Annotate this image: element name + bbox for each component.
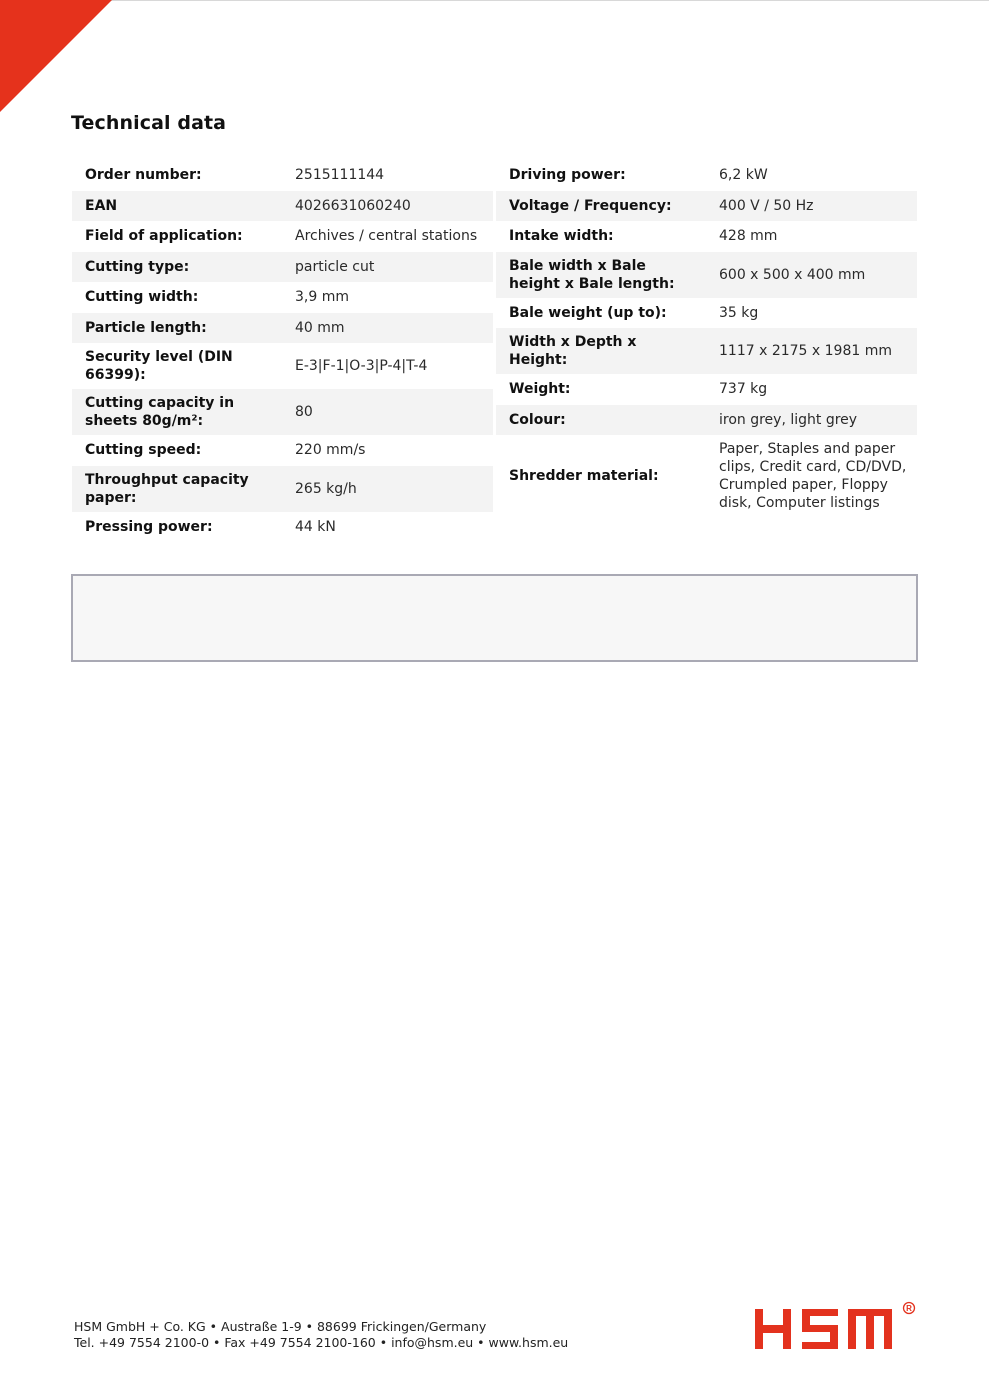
spec-label: Pressing power:: [72, 518, 282, 536]
spec-value: 265 kg/h: [282, 480, 493, 498]
spec-value: 35 kg: [706, 304, 917, 322]
spec-value: 40 mm: [282, 319, 493, 337]
spec-label: Driving power:: [496, 166, 706, 184]
footer-address: HSM GmbH + Co. KG • Austraße 1-9 • 88699…: [74, 1319, 568, 1335]
corner-accent-triangle: [0, 0, 112, 112]
spec-row: Cutting width:3,9 mm: [72, 282, 493, 313]
spec-row: EAN4026631060240: [72, 191, 493, 222]
spec-value: 428 mm: [706, 227, 917, 245]
spec-row: Shredder material:Paper, Staples and pap…: [496, 435, 917, 517]
spec-row: Particle length:40 mm: [72, 313, 493, 344]
page-title: Technical data: [71, 112, 226, 134]
spec-label: Voltage / Frequency:: [496, 197, 706, 215]
spec-value: E-3|F-1|O-3|P-4|T-4: [282, 357, 493, 375]
spec-row: Cutting speed:220 mm/s: [72, 435, 493, 466]
spec-value: 600 x 500 x 400 mm: [706, 266, 917, 284]
spec-row: Bale width x Bale height x Bale length:6…: [496, 252, 917, 298]
notes-box: [71, 574, 918, 662]
spec-row: Bale weight (up to):35 kg: [496, 298, 917, 329]
spec-table-left: Order number:2515111144 EAN4026631060240…: [72, 160, 493, 542]
spec-label: Weight:: [496, 380, 706, 398]
spec-value: particle cut: [282, 258, 493, 276]
spec-row: Intake width:428 mm: [496, 221, 917, 252]
spec-value: 6,2 kW: [706, 166, 917, 184]
spec-label: Field of application:: [72, 227, 282, 245]
spec-row: Weight:737 kg: [496, 374, 917, 405]
spec-value: 80: [282, 403, 493, 421]
spec-value: Paper, Staples and paper clips, Credit c…: [706, 440, 917, 512]
spec-label: Throughput capacity paper:: [72, 471, 282, 507]
spec-label: Bale width x Bale height x Bale length:: [496, 257, 706, 293]
spec-row: Field of application:Archives / central …: [72, 221, 493, 252]
spec-label: Particle length:: [72, 319, 282, 337]
spec-value: 1117 x 2175 x 1981 mm: [706, 342, 917, 360]
spec-row: Security level (DIN 66399):E-3|F-1|O-3|P…: [72, 343, 493, 389]
hsm-logo-icon: R: [752, 1300, 922, 1354]
spec-label: Cutting speed:: [72, 441, 282, 459]
spec-table-right: Driving power:6,2 kW Voltage / Frequency…: [496, 160, 917, 517]
svg-text:R: R: [906, 1304, 912, 1313]
spec-row: Cutting capacity in sheets 80g/m²:80: [72, 389, 493, 435]
spec-value: Archives / central stations: [282, 227, 493, 245]
spec-value: iron grey, light grey: [706, 411, 917, 429]
footer-contact-line: Tel. +49 7554 2100-0 • Fax +49 7554 2100…: [74, 1335, 568, 1351]
spec-label: Shredder material:: [496, 467, 706, 485]
spec-row: Driving power:6,2 kW: [496, 160, 917, 191]
spec-value: 4026631060240: [282, 197, 493, 215]
spec-label: EAN: [72, 197, 282, 215]
spec-label: Width x Depth x Height:: [496, 333, 706, 369]
spec-row: Width x Depth x Height:1117 x 2175 x 198…: [496, 328, 917, 374]
spec-value: 3,9 mm: [282, 288, 493, 306]
spec-row: Throughput capacity paper:265 kg/h: [72, 466, 493, 512]
spec-value: 737 kg: [706, 380, 917, 398]
spec-row: Pressing power:44 kN: [72, 512, 493, 543]
spec-label: Security level (DIN 66399):: [72, 348, 282, 384]
spec-label: Cutting type:: [72, 258, 282, 276]
spec-row: Colour:iron grey, light grey: [496, 405, 917, 436]
spec-label: Order number:: [72, 166, 282, 184]
spec-value: 44 kN: [282, 518, 493, 536]
spec-value: 2515111144: [282, 166, 493, 184]
spec-row: Order number:2515111144: [72, 160, 493, 191]
spec-row: Cutting type:particle cut: [72, 252, 493, 283]
spec-label: Cutting capacity in sheets 80g/m²:: [72, 394, 282, 430]
top-border: [0, 0, 989, 1]
spec-row: Voltage / Frequency:400 V / 50 Hz: [496, 191, 917, 222]
spec-label: Bale weight (up to):: [496, 304, 706, 322]
spec-value: 400 V / 50 Hz: [706, 197, 917, 215]
spec-label: Cutting width:: [72, 288, 282, 306]
spec-label: Intake width:: [496, 227, 706, 245]
spec-label: Colour:: [496, 411, 706, 429]
footer-contact: HSM GmbH + Co. KG • Austraße 1-9 • 88699…: [74, 1319, 568, 1350]
spec-value: 220 mm/s: [282, 441, 493, 459]
